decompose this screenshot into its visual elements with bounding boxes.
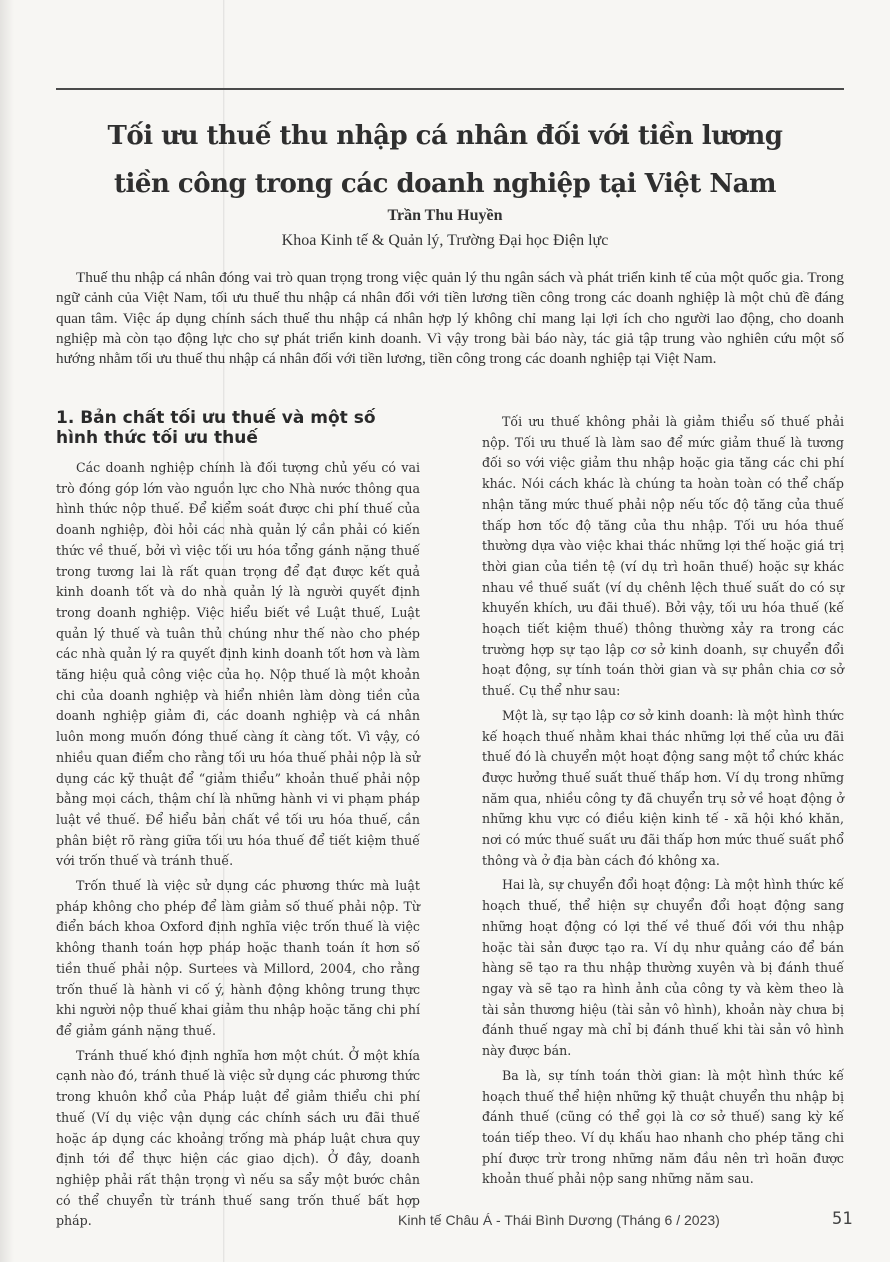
body-paragraph: Các doanh nghiệp chính là đối tượng chủ …	[56, 458, 420, 872]
header-rule	[56, 88, 844, 90]
author-affiliation: Khoa Kinh tế & Quản lý, Trường Đại học Đ…	[40, 232, 850, 250]
body-paragraph: Trốn thuế là việc sử dụng các phương thứ…	[56, 876, 420, 1042]
author-name: Trần Thu Huyền	[40, 207, 850, 225]
body-paragraph: Tránh thuế khó định nghĩa hơn một chút. …	[56, 1046, 420, 1232]
body-paragraph: Hai là, sự chuyển đổi hoạt động: Là một …	[482, 875, 844, 1061]
footer-journal-name: Kinh tế Châu Á - Thái Bình Dương (Tháng …	[398, 1212, 720, 1228]
abstract: Thuế thu nhập cá nhân đóng vai trò quan …	[56, 268, 844, 369]
body-paragraph: Ba là, sự tính toán thời gian: là một hì…	[482, 1066, 844, 1190]
right-column: Tối ưu thuế không phải là giảm thiểu số …	[482, 412, 844, 1194]
left-column: 1. Bản chất tối ưu thuế và một số hình t…	[56, 408, 420, 1236]
section-heading-1: 1. Bản chất tối ưu thuế và một số hình t…	[56, 408, 420, 448]
page-number: 51	[832, 1209, 852, 1229]
article-title: Tối ưu thuế thu nhập cá nhân đối với tiề…	[40, 112, 850, 208]
body-paragraph: Tối ưu thuế không phải là giảm thiểu số …	[482, 412, 844, 702]
title-line-2: tiền công trong các doanh nghiệp tại Việ…	[40, 160, 850, 208]
body-paragraph: Một là, sự tạo lập cơ sở kinh doanh: là …	[482, 706, 844, 872]
page-edge-shadow	[0, 0, 14, 1262]
title-line-1: Tối ưu thuế thu nhập cá nhân đối với tiề…	[40, 112, 850, 160]
